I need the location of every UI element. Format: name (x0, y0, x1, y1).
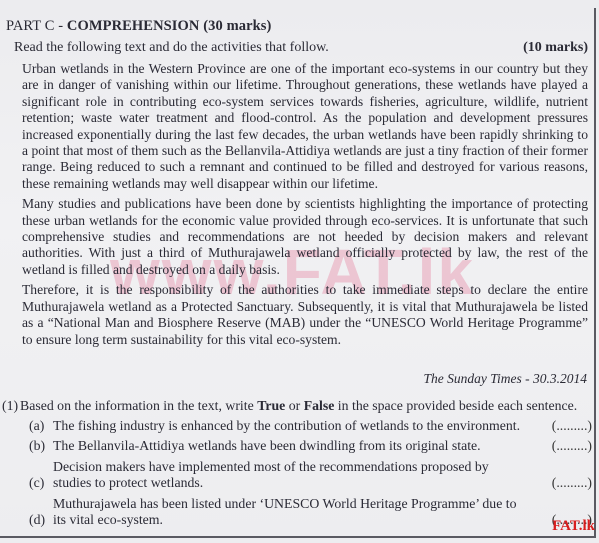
page-border-bottom (0, 536, 596, 538)
item-text: Decision makers have implemented most of… (53, 459, 530, 492)
item-text: The Bellanvila-Attidiya wetlands have be… (53, 438, 530, 455)
stem-part: in the space provided beside each senten… (334, 398, 577, 413)
item-label: (a) (29, 418, 53, 435)
heading-title: COMPREHENSION (30 marks) (67, 18, 272, 34)
heading-prefix: PART C - (6, 18, 67, 34)
question-item: (a) The fishing industry is enhanced by … (29, 418, 592, 435)
exam-page: www.FAT.lk PART C - COMPREHENSION (30 ma… (0, 0, 599, 543)
instruction-text: Read the following text and do the activ… (14, 40, 329, 56)
item-text: The fishing industry is enhanced by the … (53, 418, 530, 435)
reading-passage: Urban wetlands in the Western Province a… (22, 61, 588, 352)
question-stem: (1) Based on the information in the text… (2, 398, 592, 415)
true-word: True (257, 398, 285, 413)
instruction-row: Read the following text and do the activ… (14, 40, 594, 56)
question-1: (1) Based on the information in the text… (2, 398, 592, 533)
brand-logo: FAT.lk (552, 518, 595, 535)
passage-paragraph-2: Many studies and publications have been … (22, 196, 588, 278)
page-border-right (594, 8, 596, 537)
item-label: (b) (29, 438, 53, 455)
answer-blank[interactable]: (.........) (530, 475, 592, 492)
item-label: (d) (29, 512, 53, 529)
item-label: (c) (29, 475, 53, 492)
section-heading: PART C - COMPREHENSION (30 marks) (6, 18, 271, 35)
false-word: False (304, 398, 335, 413)
question-text: Based on the information in the text, wr… (20, 398, 592, 415)
question-number: (1) (2, 398, 20, 415)
question-item: (c) Decision makers have implemented mos… (29, 459, 592, 492)
question-items: (a) The fishing industry is enhanced by … (29, 418, 592, 529)
answer-blank[interactable]: (.........) (530, 438, 592, 455)
marks-label: (10 marks) (523, 40, 588, 56)
passage-paragraph-3: Therefore, it is the responsibility of t… (22, 282, 588, 348)
question-item: (d) Muthurajawela has been listed under … (29, 496, 592, 529)
item-text: Muthurajawela has been listed under ‘UNE… (53, 496, 530, 529)
stem-part: or (285, 398, 303, 413)
question-item: (b) The Bellanvila-Attidiya wetlands hav… (29, 438, 592, 455)
passage-source: The Sunday Times - 30.3.2014 (424, 371, 588, 387)
stem-part: Based on the information in the text, wr… (20, 398, 257, 413)
answer-blank[interactable]: (.........) (530, 418, 592, 435)
passage-paragraph-1: Urban wetlands in the Western Province a… (22, 61, 588, 192)
